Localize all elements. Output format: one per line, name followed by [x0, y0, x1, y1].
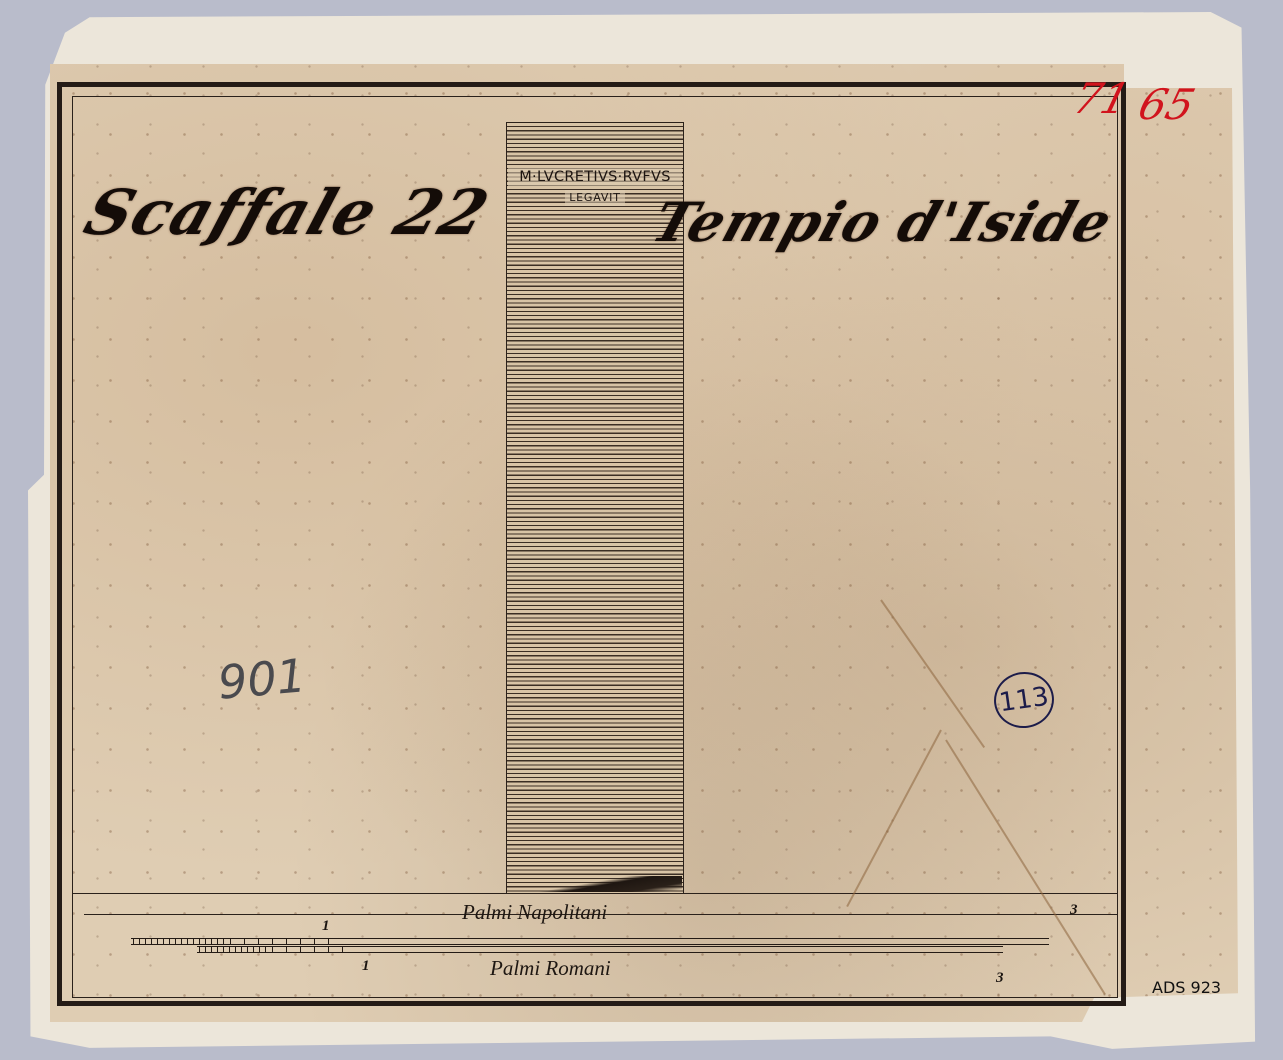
handwritten-temple-label: Tempio d'Iside [645, 190, 1121, 254]
scale-roma-label-1: 1 [362, 958, 370, 975]
scale-roma-fine-ticks [199, 946, 271, 953]
pencil-number: 901 [216, 648, 308, 709]
handwritten-shelf-label: Scaffale 22 [76, 176, 498, 249]
scale-title-roma: Palmi Romani [490, 956, 611, 981]
scale-napoli-label-3: 3 [1070, 902, 1078, 919]
catalog-number: ADS 923 [1152, 978, 1221, 997]
inscription-line-1: M·LVCRETIVS·RVFVS [508, 168, 682, 186]
scale-roma-unit-ticks [272, 946, 348, 953]
scale-title-napoli: Palmi Napolitani [462, 900, 607, 925]
scale-napoli-label-1: 1 [322, 918, 330, 935]
scale-napoli-fine-ticks [133, 938, 228, 945]
stele-inscription: M·LVCRETIVS·RVFVS LEGAVIT [508, 168, 682, 218]
stele-base-rubble [510, 876, 682, 892]
inscription-line-2: LEGAVIT [565, 190, 625, 206]
scale-roma-label-3: 3 [996, 970, 1004, 987]
scale-napoli-unit-ticks [230, 938, 330, 945]
